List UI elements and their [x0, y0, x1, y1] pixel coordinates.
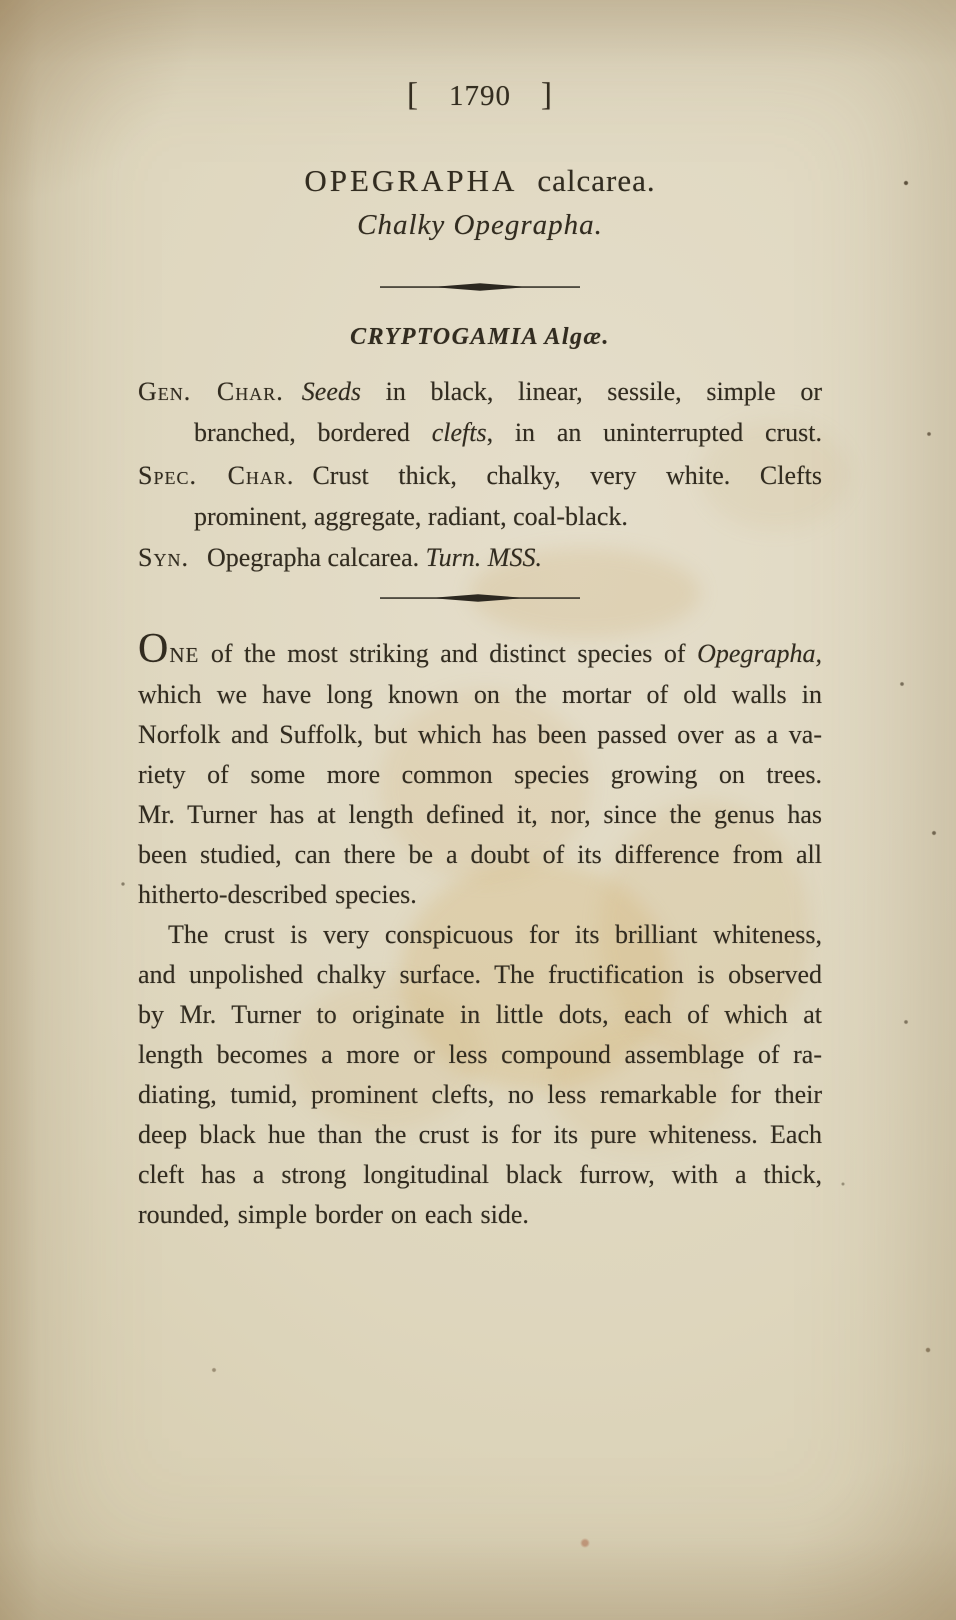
text-line: diating, tumid, prominent clefts, no les…	[138, 1075, 822, 1115]
body-paragraph-1: ONE of the most striking and distinct sp…	[138, 634, 822, 915]
gen-char-label: Gen. Char.	[138, 377, 284, 406]
text-line: Norfolk and Suffolk, but which has been …	[138, 715, 822, 755]
gen-char-text: , in an uninterrupted crust.	[487, 418, 822, 447]
swelled-rule-icon	[380, 592, 580, 604]
text-line: hitherto-described species.	[138, 875, 822, 915]
taxonomy-heading: CRYPTOGAMIA Algæ.	[138, 321, 822, 353]
text-line: Gen. Char.Seeds in black, linear, sessil…	[138, 371, 822, 412]
page-content: [1790] OPEGRAPHAcalcarea. Chalky Opegrap…	[0, 0, 956, 1235]
text-line: riety of some more common species growin…	[138, 755, 822, 795]
text-line: Mr. Turner has at length defined it, nor…	[138, 795, 822, 835]
synonym-entry: Syn.Opegrapha calcarea. Turn. MSS.	[138, 537, 822, 578]
spec-char-text: prominent, aggregate, radiant, coal-blac…	[194, 502, 628, 531]
genus-name: OPEGRAPHA	[304, 163, 517, 198]
text-line: and unpolished chalky surface. The fruct…	[138, 955, 822, 995]
spec-char-label: Spec. Char.	[138, 461, 294, 490]
drop-capital: O	[138, 626, 169, 672]
swelled-rule-icon	[380, 281, 580, 293]
text-line: by Mr. Turner to originate in little dot…	[138, 995, 822, 1035]
specific-character-entry: Spec. Char.Crust thick, chalky, very whi…	[138, 455, 822, 537]
species-title: OPEGRAPHAcalcarea.	[138, 163, 822, 199]
book-page-scan: [1790] OPEGRAPHAcalcarea. Chalky Opegrap…	[0, 0, 956, 1620]
body-italic-term: Opegrapha,	[697, 639, 822, 668]
body-text: of the most striking and distinct specie…	[199, 639, 697, 668]
syn-text: Opegrapha calcarea.	[207, 543, 426, 572]
syn-reference: Turn. MSS.	[426, 543, 542, 572]
text-line: which we have long known on the mortar o…	[138, 675, 822, 715]
text-line: been studied, can there be a doubt of it…	[138, 835, 822, 875]
page-number-bracket-open: [	[407, 77, 419, 113]
section-divider	[138, 281, 822, 293]
gen-char-italic-term: Seeds	[302, 377, 361, 406]
generic-character-entry: Gen. Char.Seeds in black, linear, sessil…	[138, 371, 822, 453]
body-paragraph-2: The crust is very conspicuous for its br…	[138, 915, 822, 1235]
text-line: branched, bordered clefts, in an uninter…	[138, 412, 822, 453]
gen-char-text: in black, linear, sessile, simple or	[361, 377, 822, 406]
text-line: Spec. Char.Crust thick, chalky, very whi…	[138, 455, 822, 496]
text-line: The crust is very conspicuous for its br…	[138, 915, 822, 955]
syn-label: Syn.	[138, 543, 189, 572]
page-number-bracket-close: ]	[541, 77, 553, 113]
text-line: deep black hue than the crust is for its…	[138, 1115, 822, 1155]
text-line: length becomes a more or less compound a…	[138, 1035, 822, 1075]
spec-char-text: Crust thick, chalky, very white. Clefts	[312, 461, 822, 490]
gen-char-text: branched, bordered	[194, 418, 432, 447]
gen-char-italic-term: clefts	[432, 418, 487, 447]
page-number-value: 1790	[449, 80, 511, 112]
common-name-subtitle: Chalky Opegrapha.	[138, 207, 822, 243]
text-line: Syn.Opegrapha calcarea. Turn. MSS.	[138, 537, 822, 578]
page-number: [1790]	[138, 78, 822, 113]
text-line: rounded, simple border on each side.	[138, 1195, 822, 1235]
text-line: prominent, aggregate, radiant, coal-blac…	[138, 496, 822, 537]
species-epithet: calcarea.	[537, 163, 655, 198]
text-line: cleft has a strong longitudinal black fu…	[138, 1155, 822, 1195]
opening-word-caps: NE	[169, 643, 199, 667]
text-line: ONE of the most striking and distinct sp…	[138, 634, 822, 675]
section-divider	[138, 592, 822, 604]
